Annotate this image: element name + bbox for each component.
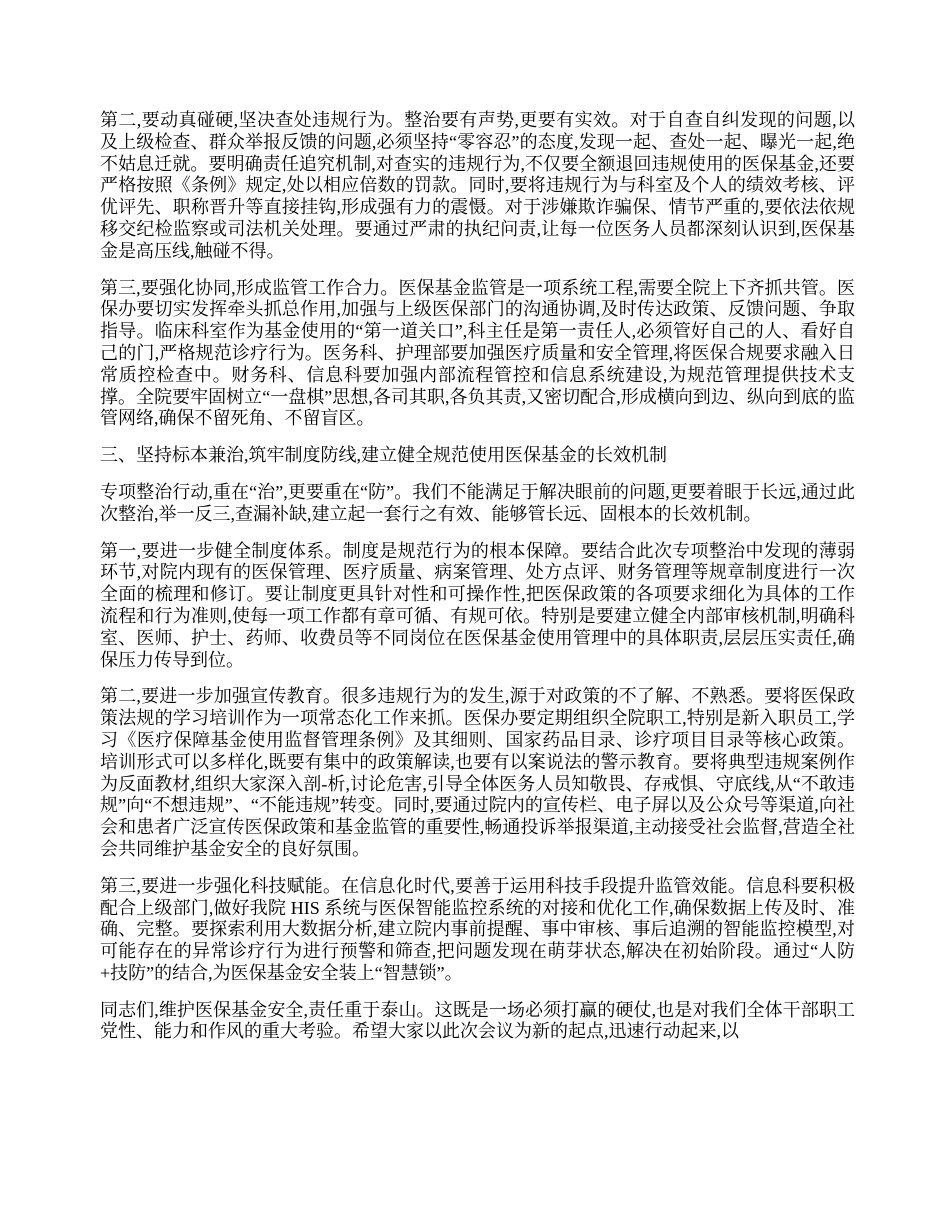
paragraph-point3-technology: 第三,要进一步强化科技赋能。在信息化时代,要善于运用科技手段提升监管效能。信息科…	[100, 876, 855, 985]
paragraph-closing-remarks: 同志们,维护医保基金安全,责任重于泰山。这既是一场必须打赢的硬仗,也是对我们全体…	[100, 1000, 855, 1044]
paragraph-point2-enforcement: 第二,要动真碰硬,坚决查处违规行为。整治要有声势,更要有实效。对于自查自纠发现的…	[100, 110, 855, 263]
document-body: 第二,要动真碰硬,坚决查处违规行为。整治要有声势,更要有实效。对于自查自纠发现的…	[100, 110, 855, 1043]
paragraph-point1-system-building: 第一,要进一步健全制度体系。制度是规范行为的根本保障。要结合此次专项整治中发现的…	[100, 541, 855, 672]
paragraph-long-term-mechanism-intro: 专项整治行动,重在“治”,更要重在“防”。我们不能满足于解决眼前的问题,更要着眼…	[100, 482, 855, 526]
document-page: 第二,要动真碰硬,坚决查处违规行为。整治要有声势,更要有实效。对于自查自纠发现的…	[0, 0, 950, 1230]
paragraph-point2-education: 第二,要进一步加强宣传教育。很多违规行为的发生,源于对政策的不了解、不熟悉。要将…	[100, 686, 855, 860]
section-heading-three: 三、坚持标本兼治,筑牢制度防线,建立健全规范使用医保基金的长效机制	[100, 445, 855, 467]
paragraph-point3-coordination: 第三,要强化协同,形成监管工作合力。医保基金监管是一项系统工程,需要全院上下齐抓…	[100, 278, 855, 431]
